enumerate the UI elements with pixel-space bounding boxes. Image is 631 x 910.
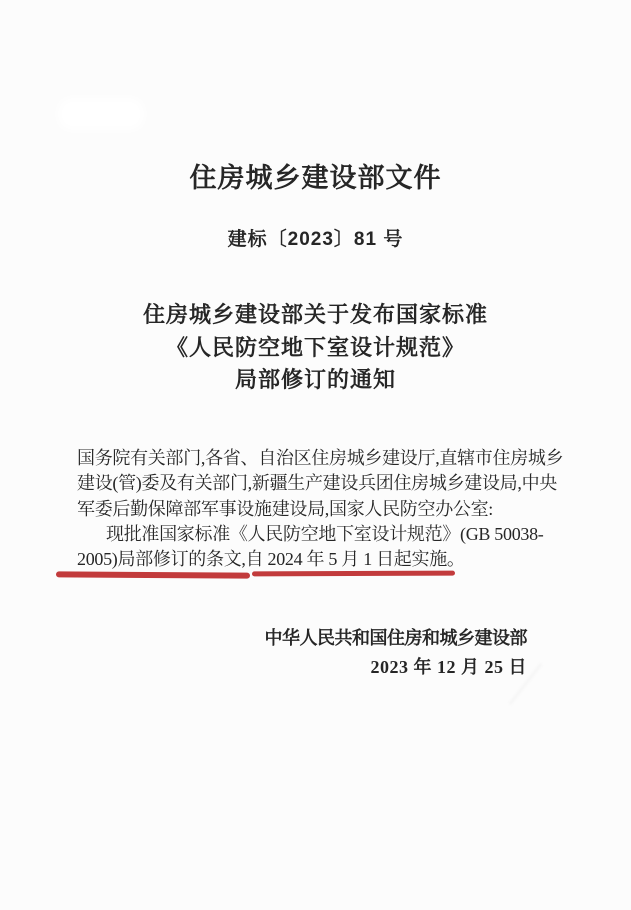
subject-line-3: 局部修订的通知 <box>0 364 631 397</box>
issuing-organization: 中华人民共和国住房和城乡建设部 <box>265 624 528 653</box>
signature-block: 中华人民共和国住房和城乡建设部 2023 年 12 月 25 日 <box>265 624 528 682</box>
document-number: 建标〔2023〕81 号 <box>0 229 631 251</box>
red-underline-segment <box>252 571 455 577</box>
faint-watermark-artifact <box>58 98 144 130</box>
body-line-3: 军委后勤保障部军事设施建设局,国家人民防空办公室: <box>77 497 567 522</box>
body-line-5: 2005)局部修订的条文,自 2024 年 5 月 1 日起实施。 <box>77 547 567 572</box>
issue-date: 2023 年 12 月 25 日 <box>265 653 528 682</box>
document-page: 住房城乡建设部文件 建标〔2023〕81 号 住房城乡建设部关于发布国家标准 《… <box>0 0 631 910</box>
document-letterhead-title: 住房城乡建设部文件 <box>0 163 631 193</box>
notice-subject: 住房城乡建设部关于发布国家标准 《人民防空地下室设计规范》 局部修订的通知 <box>0 299 631 397</box>
body-line-4: 现批准国家标准《人民防空地下室设计规范》(GB 50038- <box>77 522 567 547</box>
subject-line-2: 《人民防空地下室设计规范》 <box>0 332 631 365</box>
notice-body: 国务院有关部门,各省、自治区住房城乡建设厅,直辖市住房城乡 建设(管)委及有关部… <box>77 446 567 572</box>
red-underline-segment <box>56 571 250 578</box>
subject-line-1: 住房城乡建设部关于发布国家标准 <box>0 299 631 332</box>
body-line-1: 国务院有关部门,各省、自治区住房城乡建设厅,直辖市住房城乡 <box>77 446 567 471</box>
body-line-2: 建设(管)委及有关部门,新疆生产建设兵团住房城乡建设局,中央 <box>77 471 567 496</box>
